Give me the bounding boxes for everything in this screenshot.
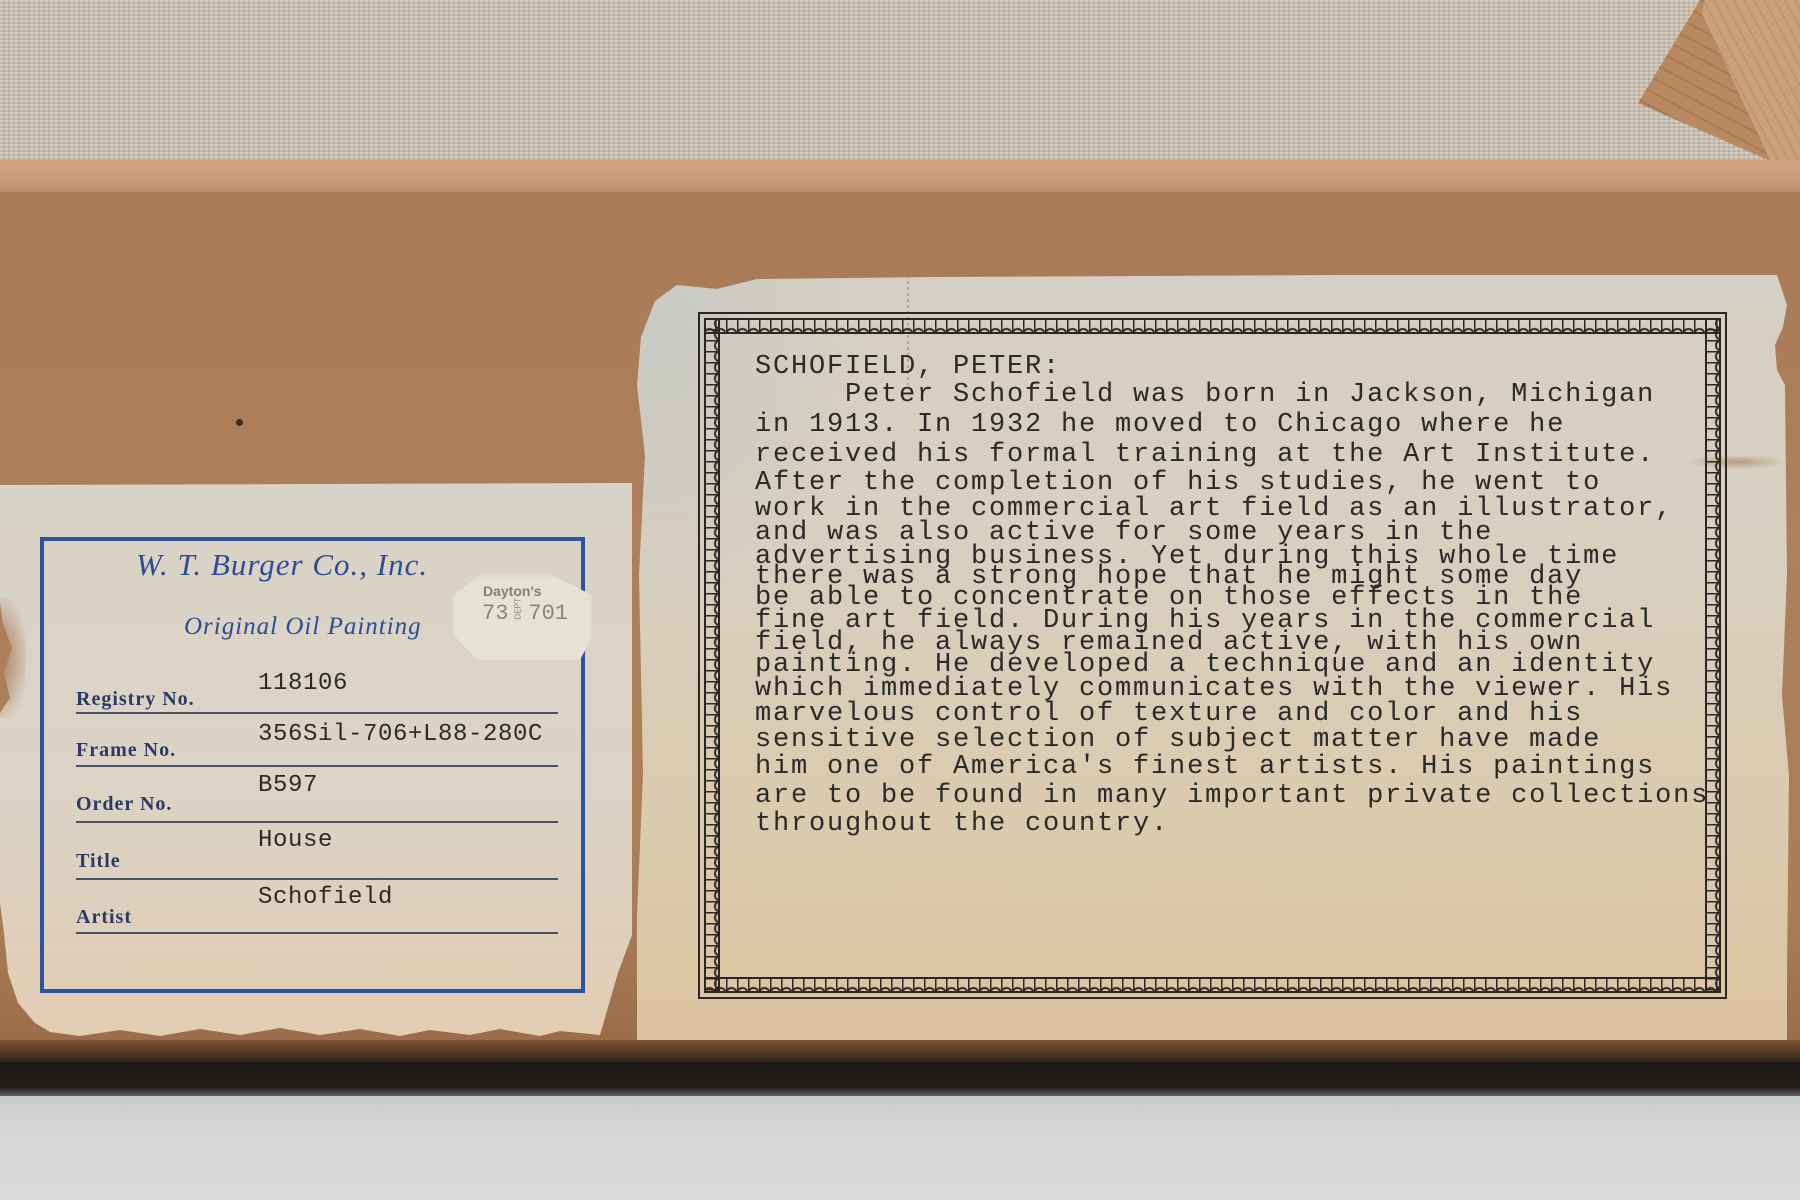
order-no-label: Order No. — [76, 792, 172, 816]
frame-no-label: Frame No. — [76, 738, 176, 762]
field-rule — [76, 765, 558, 767]
field-rule — [76, 878, 558, 880]
label-subtitle: Original Oil Painting — [184, 613, 422, 641]
frame-no-value: 356Sil-706+L88-280C — [258, 721, 543, 749]
price-sticker: Dayton's 73 DEPT 701 — [452, 575, 592, 661]
sticker-code-right: 701 — [528, 601, 568, 626]
registry-no-value: 118106 — [258, 670, 348, 698]
border-band-left — [704, 318, 720, 993]
field-rule — [76, 712, 558, 714]
title-value: House — [258, 827, 333, 855]
frame-shadow — [0, 1062, 1800, 1098]
biography-sheet: SCHOFIELD, PETER: Peter Schofield was bo… — [637, 275, 1789, 1042]
sticker-dept: DEPT — [514, 608, 523, 620]
canvas-back — [0, 0, 1800, 162]
border-band-right — [1705, 318, 1721, 993]
border-band-top — [704, 318, 1721, 334]
table-surface — [0, 1096, 1800, 1200]
registry-no-label: Registry No. — [76, 687, 195, 711]
border-band-bottom — [704, 977, 1721, 993]
company-name: W. T. Burger Co., Inc. — [136, 547, 428, 583]
bio-line: him one of America's finest artists. His… — [755, 752, 1655, 782]
bio-line: are to be found in many important privat… — [755, 781, 1709, 811]
frame-top-edge — [0, 160, 1800, 193]
bio-line: received his formal training at the Art … — [755, 440, 1655, 470]
frame-bottom-edge — [0, 1040, 1800, 1064]
field-rule — [76, 821, 558, 823]
registry-label: W. T. Burger Co., Inc. Original Oil Pain… — [0, 483, 632, 1040]
artist-value: Schofield — [258, 884, 393, 912]
bio-line: in 1913. In 1932 he moved to Chicago whe… — [755, 410, 1565, 440]
field-rule — [76, 932, 558, 934]
artist-label: Artist — [76, 905, 132, 929]
sticker-code-left: 73 — [482, 601, 508, 626]
bio-heading: SCHOFIELD, PETER: — [755, 352, 1061, 382]
bio-line: throughout the country. — [755, 809, 1169, 839]
bio-line: Peter Schofield was born in Jackson, Mic… — [755, 380, 1655, 410]
bio-line: sensitive selection of subject matter ha… — [755, 725, 1601, 755]
sticker-store-name: Dayton's — [483, 583, 542, 599]
order-no-value: B597 — [258, 772, 318, 800]
nail-hole — [236, 419, 243, 426]
sticker-codes: 73 DEPT 701 — [482, 601, 568, 626]
title-label: Title — [76, 849, 121, 873]
